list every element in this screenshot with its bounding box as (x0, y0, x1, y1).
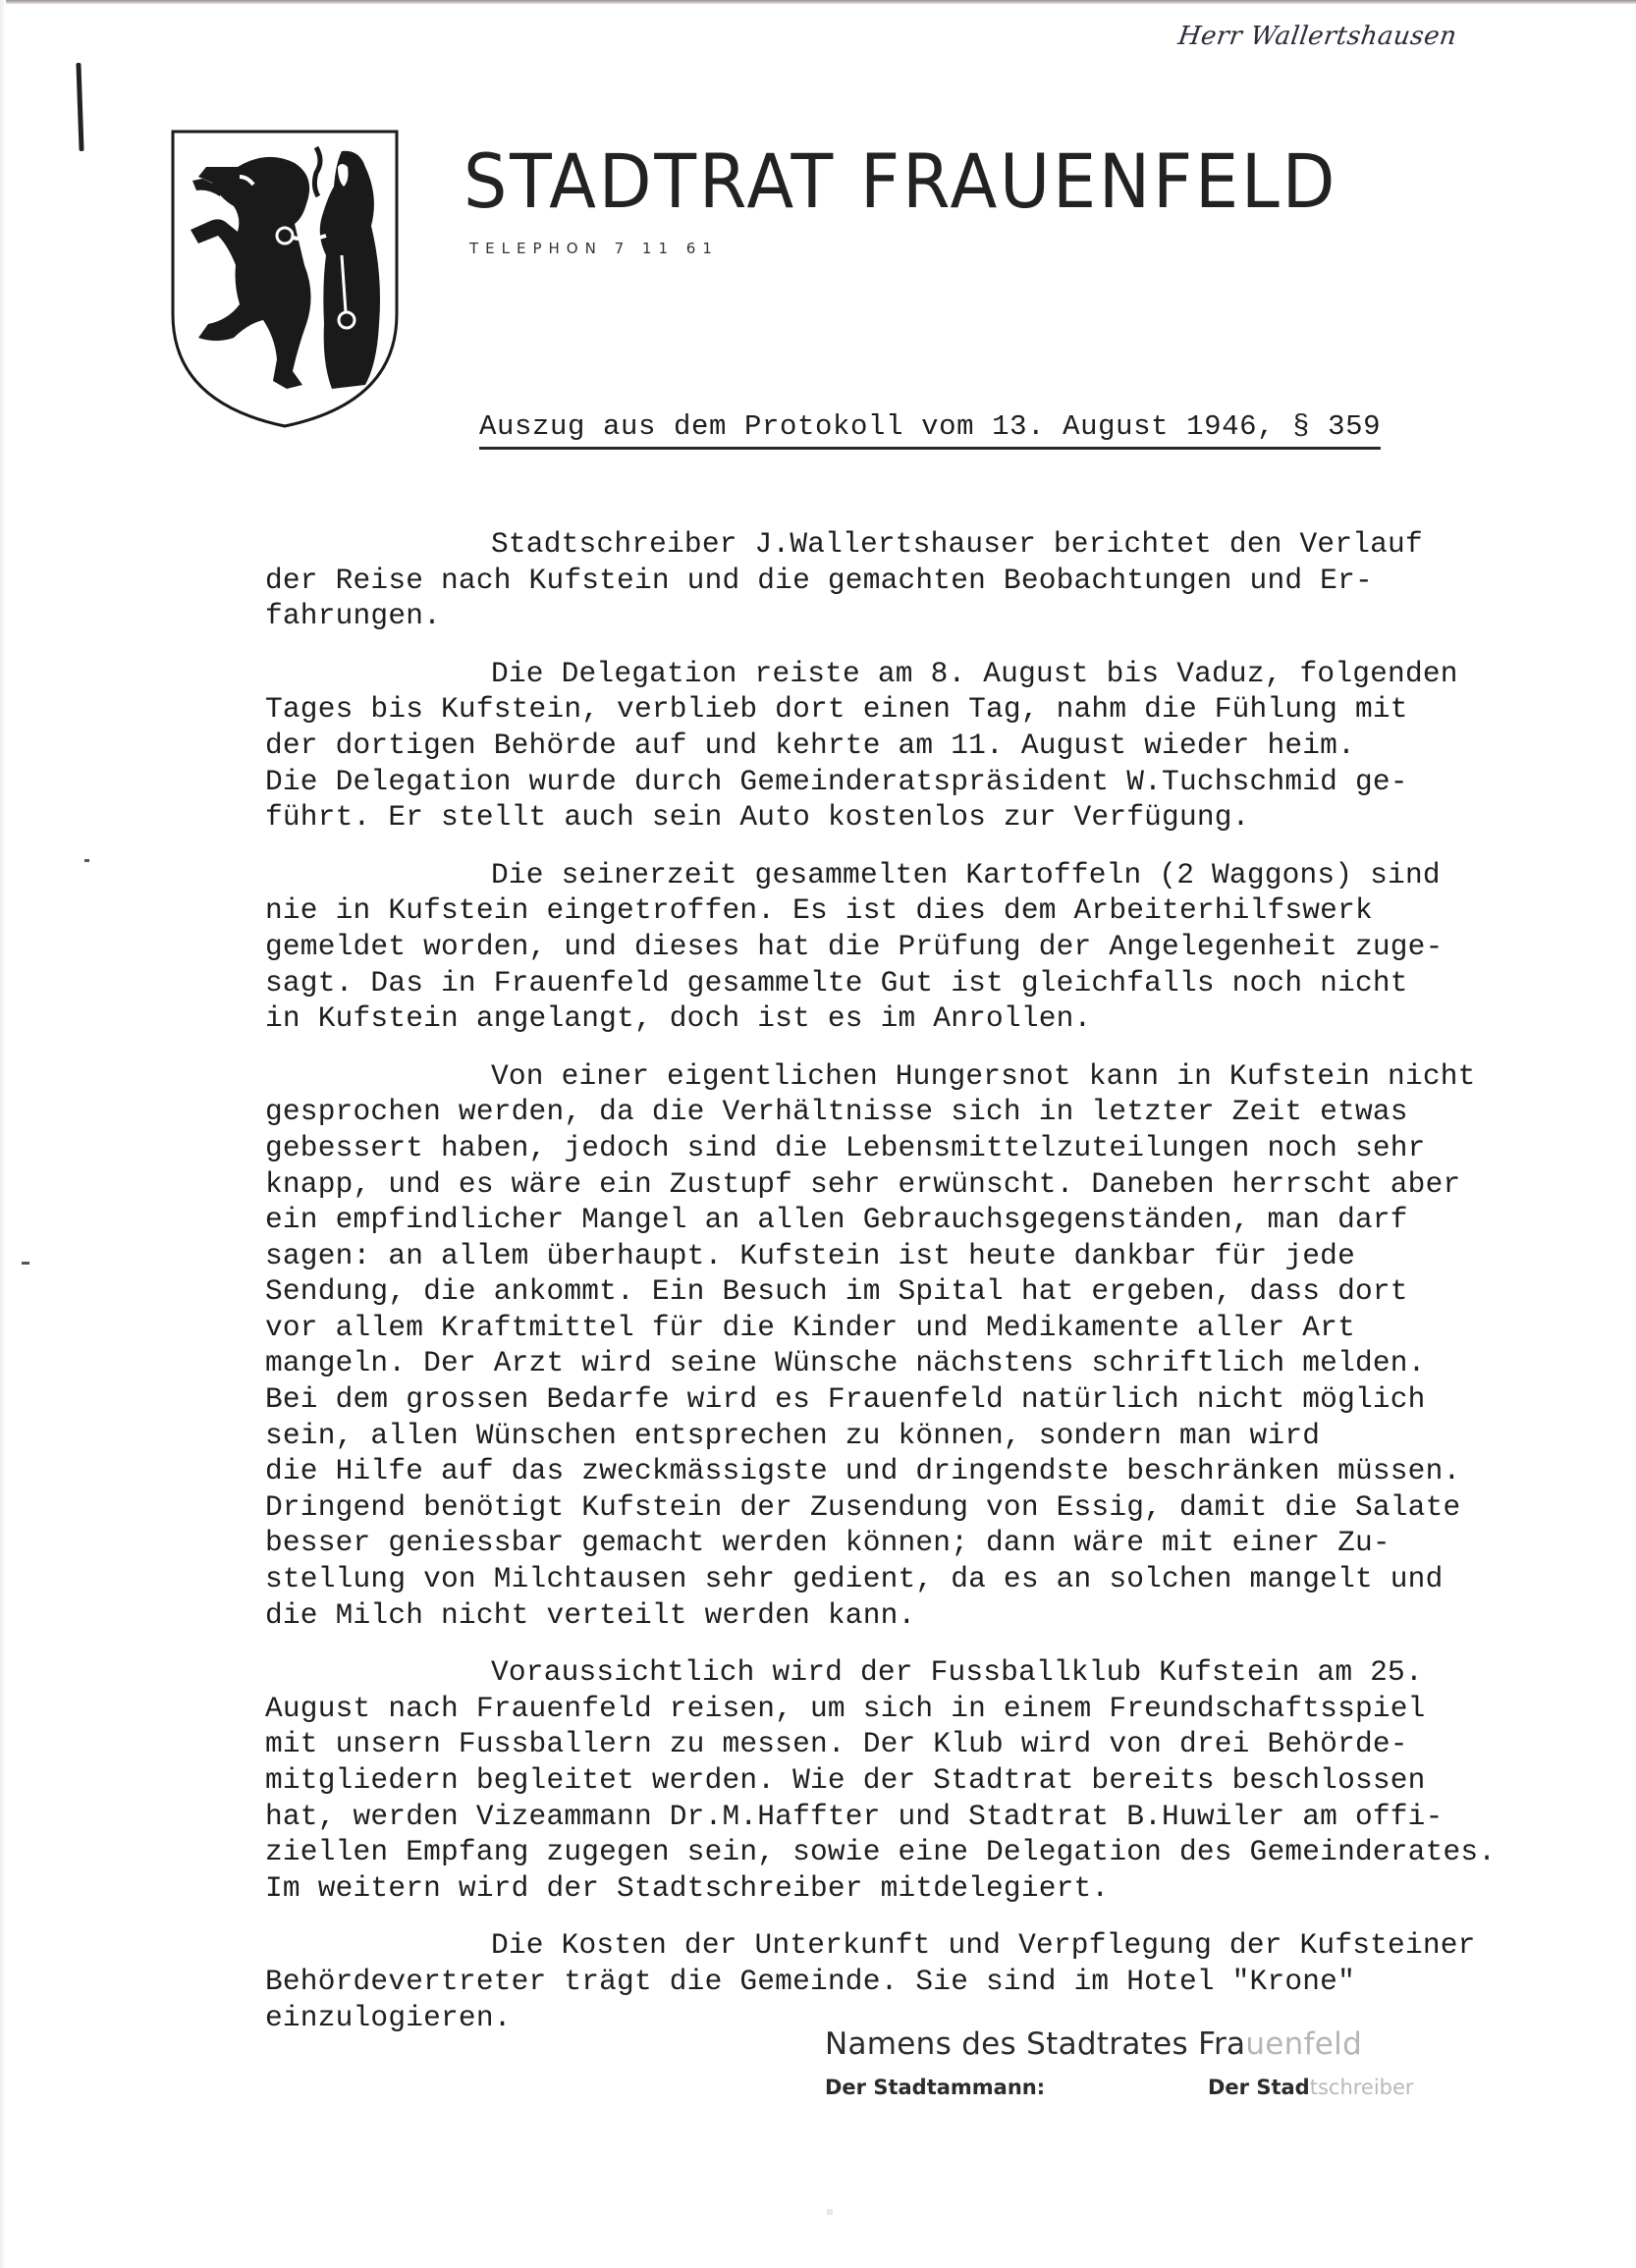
text-line: der Reise nach Kufstein und die gemachte… (265, 563, 1620, 599)
text-line: Die Delegation wurde durch Gemeinderatsp… (265, 764, 1620, 800)
text-line: Voraussichtlich wird der Fussballklub Ku… (265, 1654, 1620, 1691)
text-line: gebessert haben, jedoch sind die Lebensm… (265, 1130, 1620, 1166)
text-line: Stadtschreiber J.Wallertshauser berichte… (265, 526, 1620, 563)
text-line: sagen: an allem überhaupt. Kufstein ist … (265, 1238, 1620, 1274)
margin-speck (84, 859, 89, 862)
text-line: die Hilfe auf das zweckmässigste und dri… (265, 1453, 1620, 1489)
text-line: die Milch nicht verteilt werden kann. (265, 1597, 1620, 1634)
text-line: vor allem Kraftmittel für die Kinder und… (265, 1310, 1620, 1346)
paragraph-potatoes: Die seinerzeit gesammelten Kartoffeln (2… (265, 857, 1620, 1037)
text-line: Im weitern wird der Stadtschreiber mitde… (265, 1870, 1620, 1907)
text-line: mangeln. Der Arzt wird seine Wünsche näc… (265, 1345, 1620, 1381)
text-line: August nach Frauenfeld reisen, um sich i… (265, 1691, 1620, 1727)
paragraph-football-club: Voraussichtlich wird der Fussballklub Ku… (265, 1654, 1620, 1906)
text-line: Von einer eigentlichen Hungersnot kann i… (265, 1058, 1620, 1095)
text-line: Die Delegation reiste am 8. August bis V… (265, 656, 1620, 692)
text-line: ein empfindlicher Mangel an allen Gebrau… (265, 1202, 1620, 1238)
text-line: nie in Kufstein eingetroffen. Es ist die… (265, 892, 1620, 929)
text-line: Dringend benötigt Kufstein der Zusendung… (265, 1489, 1620, 1526)
text-line: führt. Er stellt auch sein Auto kostenlo… (265, 799, 1620, 836)
role-stadtschreiber: Der Stadtschreiber (1208, 2076, 1414, 2099)
text-line: hat, werden Vizeammann Dr.M.Haffter und … (265, 1799, 1620, 1835)
protocol-excerpt-heading: Auszug aus dem Protokoll vom 13. August … (479, 410, 1381, 450)
text-line: stellung von Milchtausen sehr gedient, d… (265, 1561, 1620, 1597)
text-line: Behördevertreter trägt die Gemeinde. Sie… (265, 1964, 1620, 2000)
handwritten-annotation: Herr Wallertshausen (1176, 22, 1459, 51)
signature-title: Namens des Stadtrates Frauenfeld (825, 2026, 1512, 2062)
text-line: Sendung, die ankommt. Ein Besuch im Spit… (265, 1273, 1620, 1310)
role-stadtschreiber-visible: Der Stad (1208, 2076, 1310, 2099)
text-line: knapp, und es wäre ein Zustupf sehr erwü… (265, 1166, 1620, 1203)
text-line: gesprochen werden, da die Verhältnisse s… (265, 1094, 1620, 1130)
letterhead-title: STADTRAT FRAUENFELD (464, 137, 1337, 225)
text-line: der dortigen Behörde auf und kehrte am 1… (265, 728, 1620, 764)
signature-roles: Der Stadtammann: Der Stadtschreiber (825, 2076, 1512, 2105)
role-stadtschreiber-faded: tschreiber (1310, 2076, 1414, 2099)
scan-speck (827, 2209, 833, 2215)
coat-of-arms-icon (169, 128, 401, 430)
text-line: Tages bis Kufstein, verblieb dort einen … (265, 691, 1620, 728)
text-line: in Kufstein angelangt, doch ist es im An… (265, 1000, 1620, 1037)
text-line: mit unsern Fussballern zu messen. Der Kl… (265, 1726, 1620, 1762)
text-line: fahrungen. (265, 598, 1620, 634)
paragraph-delegation-trip: Die Delegation reiste am 8. August bis V… (265, 656, 1620, 836)
text-line: sagt. Das in Frauenfeld gesammelte Gut i… (265, 965, 1620, 1001)
margin-speck (22, 1262, 29, 1265)
text-line: Bei dem grossen Bedarfe wird es Frauenfe… (265, 1381, 1620, 1418)
telephone-number: 7 11 61 (615, 240, 719, 257)
scan-edge-left (0, 0, 6, 2268)
signature-title-visible: Namens des Stadtrates Fra (825, 2026, 1245, 2062)
text-line: mitgliedern begleitet werden. Wie der St… (265, 1762, 1620, 1799)
telephone-label: TELEPHON (469, 240, 603, 257)
signature-title-faded: uenfeld (1245, 2026, 1362, 2062)
letterhead-telephone: TELEPHON 7 11 61 (469, 240, 719, 257)
text-line: sein, allen Wünschen entsprechen zu könn… (265, 1418, 1620, 1454)
text-line: ziellen Empfang zugegen sein, sowie eine… (265, 1834, 1620, 1870)
text-line: Die seinerzeit gesammelten Kartoffeln (2… (265, 857, 1620, 893)
text-line: Die Kosten der Unterkunft und Verpflegun… (265, 1927, 1620, 1964)
paragraph-conditions-kufstein: Von einer eigentlichen Hungersnot kann i… (265, 1058, 1620, 1634)
role-stadtammann: Der Stadtammann: (825, 2076, 1045, 2099)
document-body: Stadtschreiber J.Wallertshauser berichte… (265, 526, 1620, 2057)
margin-pen-mark (76, 63, 83, 151)
paragraph-accommodation-costs: Die Kosten der Unterkunft und Verpflegun… (265, 1927, 1620, 2035)
text-line: besser geniessbar gemacht werden können;… (265, 1525, 1620, 1561)
paragraph-report: Stadtschreiber J.Wallertshauser berichte… (265, 526, 1620, 634)
scan-edge-top (0, 0, 1636, 4)
text-line: gemeldet worden, und dieses hat die Prüf… (265, 929, 1620, 965)
signature-block: Namens des Stadtrates Frauenfeld Der Sta… (825, 2026, 1512, 2105)
